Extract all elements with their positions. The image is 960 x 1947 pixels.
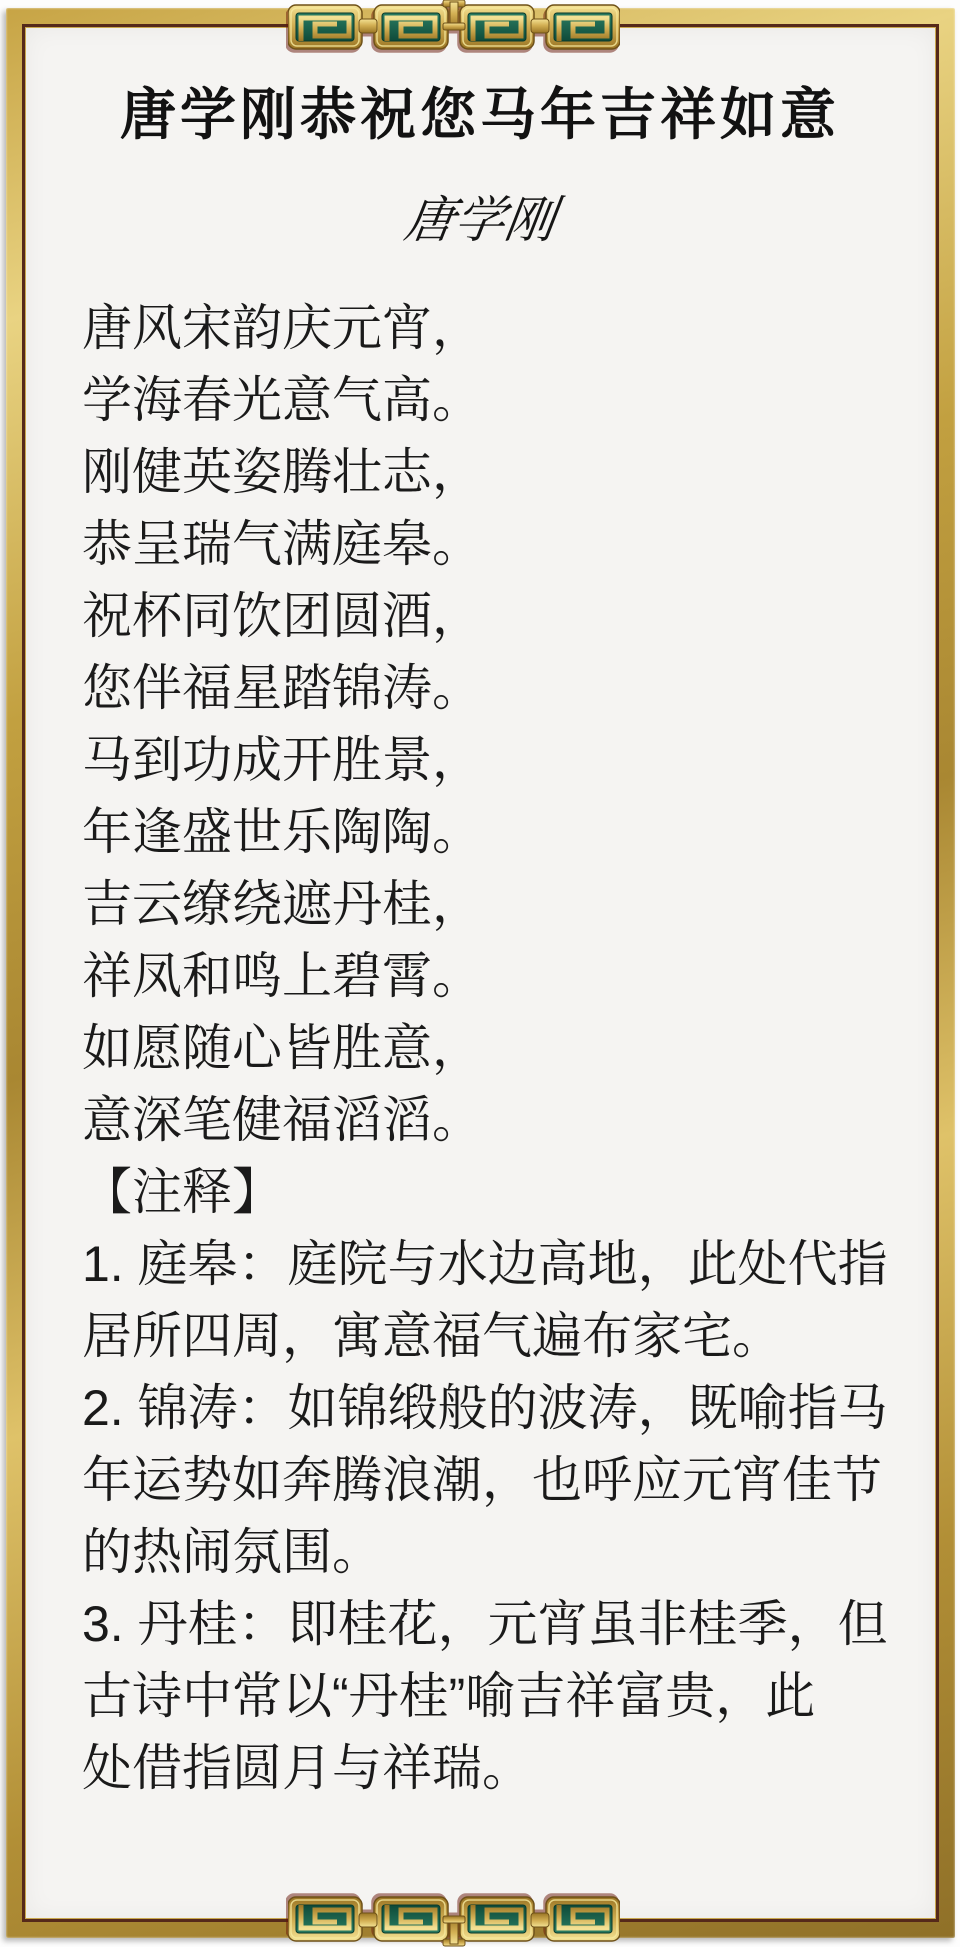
- poem-line: 马到功成开胜景，: [82, 724, 920, 796]
- poem-line: 唐风宋韵庆元宵，: [82, 292, 920, 364]
- note-line: 古诗中常以“丹桂”喻吉祥富贵，此: [82, 1660, 920, 1732]
- poem-text: 唐风宋韵庆元宵， 学海春光意气高。 刚健英姿腾壮志， 恭呈瑞气满庭皋。 祝杯同饮…: [82, 292, 920, 1804]
- poem-line: 学海春光意气高。: [82, 364, 920, 436]
- note-line: 2. 锦涛：如锦缎般的波涛，既喻指马: [82, 1372, 920, 1444]
- note-line: 3. 丹桂：即桂花，元宵虽非桂季，但: [82, 1588, 920, 1660]
- poem-line: 您伴福星踏锦涛。: [82, 652, 920, 724]
- author-name: 唐学刚: [0, 188, 960, 252]
- notes-header: 【注释】: [82, 1156, 920, 1228]
- poem-line: 祝杯同饮团圆酒，: [82, 580, 920, 652]
- note-line: 处借指圆月与祥瑞。: [82, 1732, 920, 1804]
- poem-line: 祥凤和鸣上碧霄。: [82, 940, 920, 1012]
- poem-line: 意深笔健福滔滔。: [82, 1084, 920, 1156]
- poem-line: 刚健英姿腾壮志，: [82, 436, 920, 508]
- poem-line: 吉云缭绕遮丹桂，: [82, 868, 920, 940]
- poem-line: 年逢盛世乐陶陶。: [82, 796, 920, 868]
- bottom-meander-ornament-icon: [288, 1891, 620, 1947]
- poem-line: 如愿随心皆胜意，: [82, 1012, 920, 1084]
- note-line: 年运势如奔腾浪潮，也呼应元宵佳节: [82, 1444, 920, 1516]
- author-name-text: 唐学刚: [401, 188, 560, 252]
- greeting-card: 唐学刚恭祝您马年吉祥如意 唐学刚 唐风宋韵庆元宵， 学海春光意气高。 刚健英姿腾…: [0, 0, 960, 1947]
- top-meander-ornament-icon: [288, 0, 620, 55]
- note-line: 1. 庭皋：庭院与水边高地，此处代指: [82, 1228, 920, 1300]
- card-title: 唐学刚恭祝您马年吉祥如意: [0, 84, 960, 146]
- note-line: 居所四周，寓意福气遍布家宅。: [82, 1300, 920, 1372]
- poem-line: 恭呈瑞气满庭皋。: [82, 508, 920, 580]
- note-line: 的热闹氛围。: [82, 1516, 920, 1588]
